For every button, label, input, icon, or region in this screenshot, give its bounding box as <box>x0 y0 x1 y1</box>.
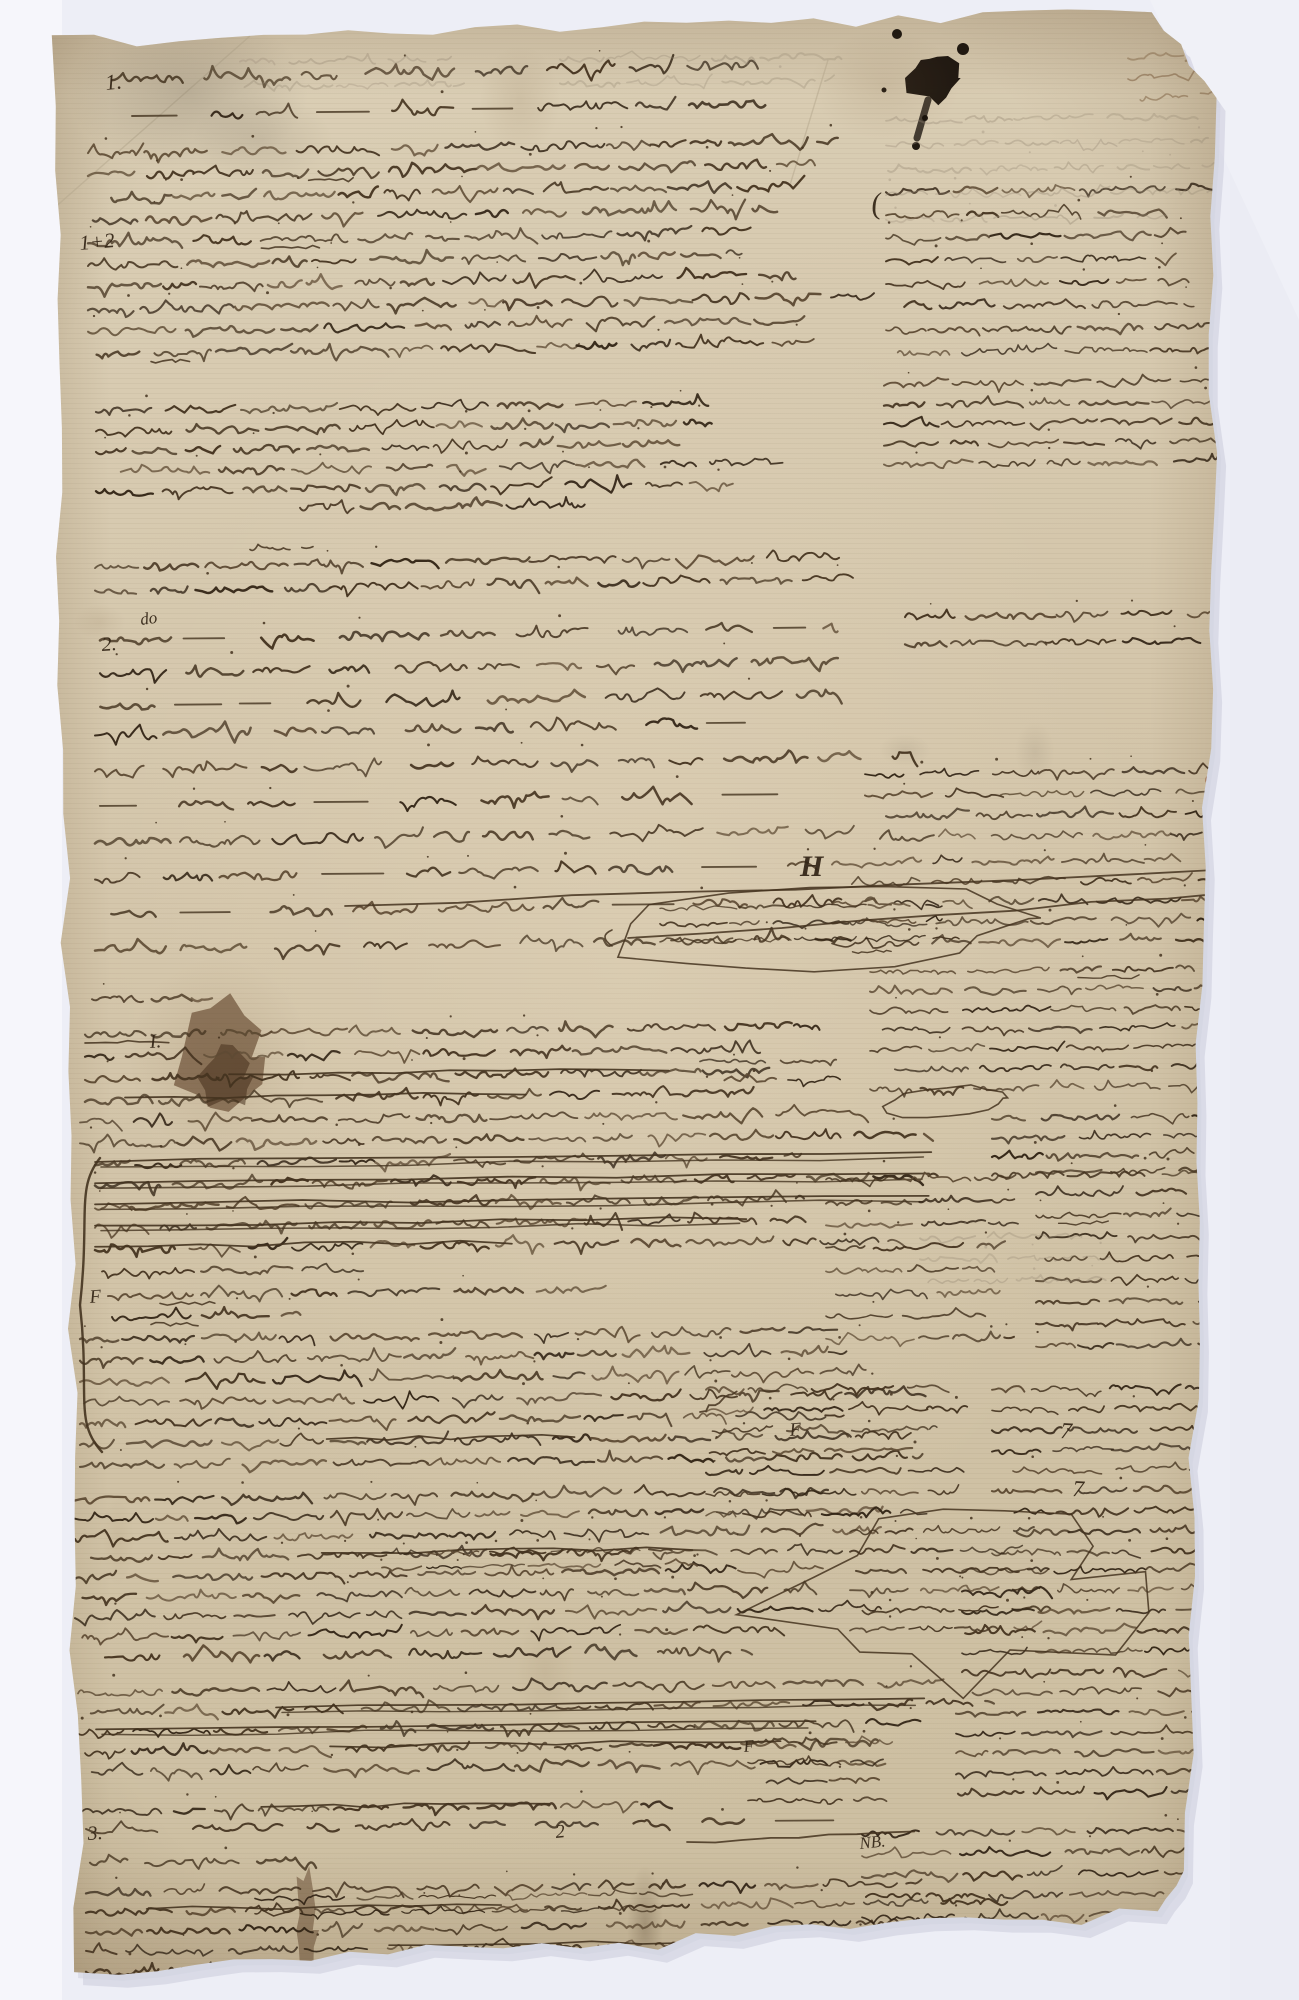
paper-stain-spot <box>129 957 309 1157</box>
pen-mark: NB. <box>857 1831 886 1853</box>
ink-splatter-dot <box>957 43 969 55</box>
pen-mark: 2. <box>101 633 117 656</box>
pen-mark: F <box>788 1419 803 1441</box>
paper-stain-spot <box>1015 722 1055 782</box>
paper-stain-spot <box>480 45 560 155</box>
manuscript-photo: 1.1+2do2.(HI.FF77F3.2NB. <box>0 0 1299 2000</box>
pen-mark: 3. <box>86 1822 103 1845</box>
pen-mark: do <box>139 608 158 629</box>
pen-mark: F <box>742 1736 756 1756</box>
pen-mark: F <box>88 1286 103 1308</box>
pen-mark: I. <box>148 1030 162 1053</box>
pen-mark: 1. <box>104 68 123 95</box>
pen-mark: H <box>799 850 825 883</box>
pen-mark: 1+2 <box>78 228 116 255</box>
paper-stain-spot <box>192 95 332 185</box>
paper-stain-spot <box>879 734 931 766</box>
manuscript-scan: 1.1+2do2.(HI.FF77F3.2NB. <box>0 0 1299 2000</box>
